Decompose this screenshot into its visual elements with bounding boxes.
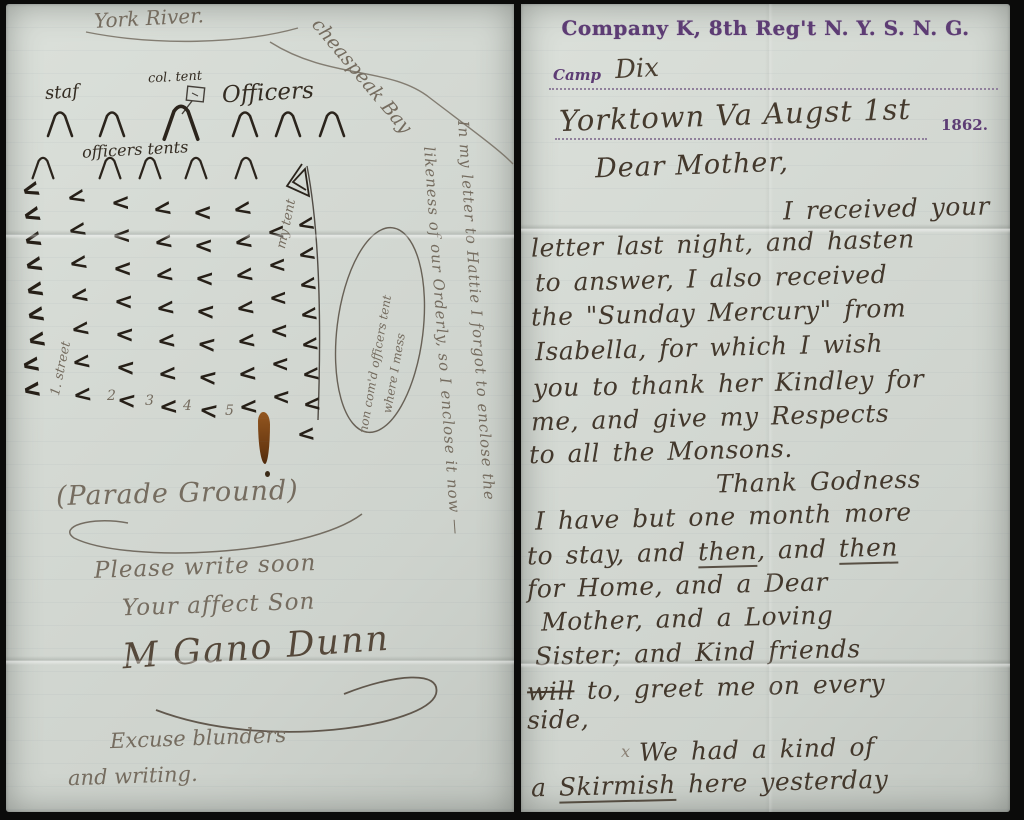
letter-line: you to thank her Kindley for — [533, 364, 925, 403]
letter-line: to answer, I also received — [535, 260, 888, 298]
tent-icon — [45, 108, 75, 138]
street-3-number: 3 — [145, 393, 154, 409]
letter-line: letter last night, and hasten — [531, 224, 915, 262]
letter-line: Isabella, for which I wish — [535, 329, 884, 366]
tent-icon — [317, 108, 347, 138]
colonel-tent-label: col. tent — [148, 69, 203, 87]
letter-line: will to, greet me on every — [527, 669, 886, 707]
tent-icon — [97, 154, 123, 180]
letter-line: me, and give my Respects — [531, 399, 890, 437]
letter-line: side, — [527, 704, 590, 735]
letter-body: I received yourletter last night, and ha… — [521, 4, 1010, 812]
letter-line: We had a kind of — [639, 732, 875, 767]
diagram-page: York River. cheaspeak Bay staf col. tent… — [6, 4, 514, 812]
letter-line: to stay, and then, and then — [527, 532, 899, 570]
tent-icon — [30, 154, 56, 180]
street-2-number: 2 — [107, 388, 116, 404]
letter-line: for Home, and a Dear — [527, 567, 829, 603]
tent-icon — [160, 100, 202, 142]
letter-line: the "Sunday Mercury" from — [531, 293, 907, 331]
letter-line: I received your — [783, 191, 991, 225]
tent-icon — [137, 154, 163, 180]
staff-label: staf — [44, 81, 79, 104]
letter-line: I have but one month more — [535, 497, 912, 535]
tent-icon — [233, 154, 259, 180]
letter-line: Mother, and a Loving — [541, 600, 834, 636]
tent-icon — [97, 108, 127, 138]
letter-line: a Skirmish here yesterday — [531, 765, 889, 803]
tent-icon — [273, 108, 303, 138]
letter-line: Thank Godness — [716, 465, 922, 499]
parade-ground-label: (Parade Ground) — [56, 475, 299, 512]
letter-line: Sister; and Kind friends — [535, 634, 861, 671]
excuse-line2: and writing. — [68, 762, 198, 791]
letter-page: Company K, 8th Reg't N. Y. S. N. G. Camp… — [521, 4, 1010, 812]
letter-line: to all the Monsons. — [529, 434, 793, 469]
tent-icon — [183, 154, 209, 180]
margin-mark: x — [621, 742, 630, 761]
ink-blot-drip — [265, 471, 270, 477]
street-4-number: 4 — [183, 398, 192, 414]
street-5-number: 5 — [225, 403, 234, 419]
officers-label: Officers — [221, 78, 314, 109]
tent-icon — [230, 108, 260, 138]
